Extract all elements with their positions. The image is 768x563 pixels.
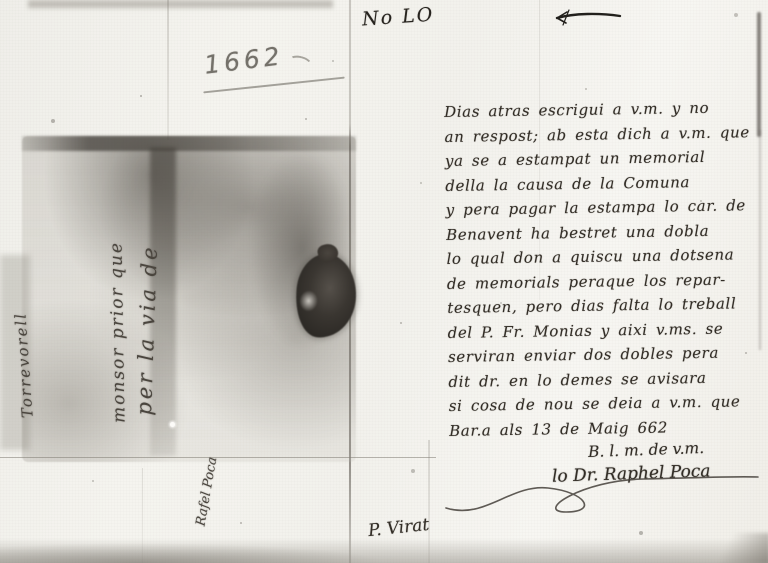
letter-scan: 1662 No LO per la via de monsor prior qu…	[0, 0, 768, 563]
letter-line: an respost; ab esta dich a v.m. que	[444, 119, 766, 149]
letter-line: y pera pagar la estampa lo car. de	[446, 193, 768, 223]
signature-flourish	[430, 468, 766, 520]
letter-dateline: Bar.a als 13 de Maig 662	[449, 413, 768, 443]
stain-top-band	[22, 136, 356, 151]
letter-line: si cosa de nou se deia a v.m. que	[449, 389, 768, 419]
bottom-shadow	[0, 538, 768, 563]
letter-body: Dias atras escrigui a v.m. y no an respo…	[444, 95, 768, 443]
bottom-right-shadow	[698, 533, 768, 563]
paper-specks	[0, 0, 2, 2]
fold-crease-left-top	[167, 0, 169, 140]
top-edge-smudge	[28, 0, 333, 8]
fold-pinhole	[170, 422, 175, 427]
arrow-left-icon	[548, 7, 626, 29]
letter-line: del P. Fr. Monias y aixi v.ms. se	[447, 315, 768, 345]
